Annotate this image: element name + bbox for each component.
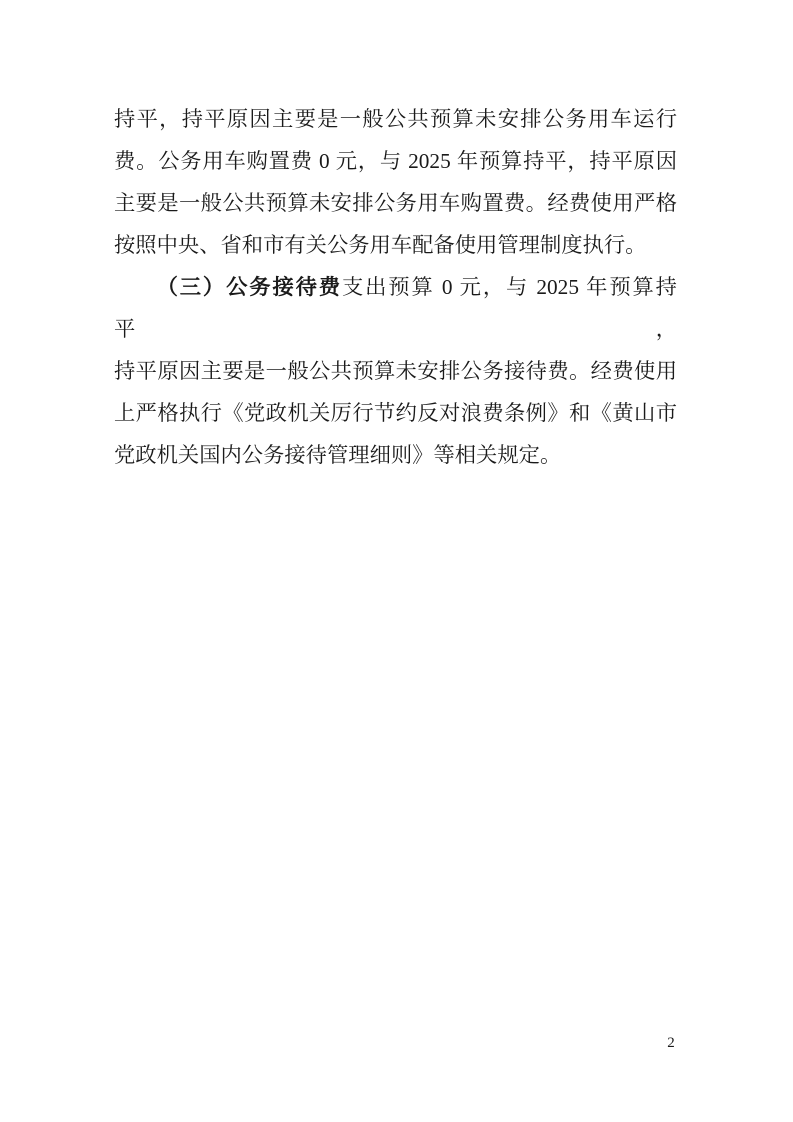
page-number: 2 [656, 1032, 686, 1054]
paragraph-continuation: 持平，持平原因主要是一般公共预算未安排公务用车运行 费。公务用车购置费 0 元，… [114, 98, 677, 266]
text-line: 持平，持平原因主要是一般公共预算未安排公务用车运行 [114, 98, 677, 140]
document-page: 持平，持平原因主要是一般公共预算未安排公务用车运行 费。公务用车购置费 0 元，… [0, 0, 793, 1122]
text-line: 费。公务用车购置费 0 元，与 2025 年预算持平，持平原因 [114, 140, 677, 182]
section-heading-bold: （三）公务接待费 [157, 275, 342, 299]
text-line: 按照中央、省和市有关公务用车配备使用管理制度执行。 [114, 224, 677, 266]
text-line: （三）公务接待费支出预算 0 元，与 2025 年预算持平， [114, 266, 677, 350]
text-line: 党政机关国内公务接待管理细则》等相关规定。 [114, 434, 677, 476]
text-block: 持平，持平原因主要是一般公共预算未安排公务用车运行 费。公务用车购置费 0 元，… [114, 98, 677, 476]
text-line: 持平原因主要是一般公共预算未安排公务接待费。经费使用 [114, 350, 677, 392]
paragraph-section-3: （三）公务接待费支出预算 0 元，与 2025 年预算持平， 持平原因主要是一般… [114, 266, 677, 476]
text-line: 上严格执行《党政机关厉行节约反对浪费条例》和《黄山市 [114, 392, 677, 434]
text-line: 主要是一般公共预算未安排公务用车购置费。经费使用严格 [114, 182, 677, 224]
